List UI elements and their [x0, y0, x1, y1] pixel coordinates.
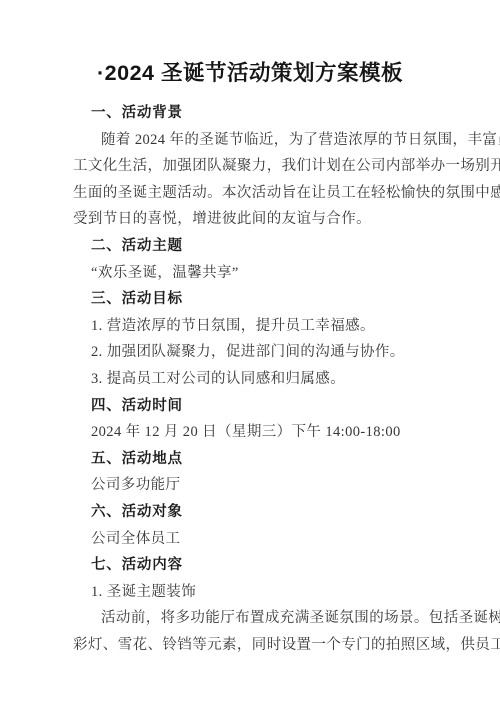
paragraph-line: 受到节日的喜悦，增进彼此间的友谊与合作。	[73, 206, 460, 233]
section-heading-theme: 二、活动主题	[73, 233, 460, 260]
document-body: 一、活动背景 随着 2024 年的圣诞节临近，为了营造浓厚的节日氛围，丰富员 工…	[0, 100, 500, 658]
section-heading-background: 一、活动背景	[73, 100, 460, 127]
document-title: ·2024 圣诞节活动策划方案模板	[0, 0, 500, 88]
section-heading-audience: 六、活动对象	[73, 499, 460, 526]
paragraph-line: 彩灯、雪花、铃铛等元素，同时设置一个专门的拍照区域，供员工	[73, 632, 460, 659]
paragraph-line: 生面的圣诞主题活动。本次活动旨在让员工在轻松愉快的氛围中感	[73, 180, 460, 207]
paragraph-line: 工文化生活，加强团队凝聚力，我们计划在公司内部举办一场别开	[73, 153, 460, 180]
venue-line: 公司多功能厅	[73, 472, 460, 499]
goal-item: 1. 营造浓厚的节日氛围，提升员工幸福感。	[73, 313, 460, 340]
paragraph-line: 随着 2024 年的圣诞节临近，为了营造浓厚的节日氛围，丰富员	[73, 127, 460, 154]
section-heading-time: 四、活动时间	[73, 393, 460, 420]
goal-item: 3. 提高员工对公司的认同感和归属感。	[73, 366, 460, 393]
theme-line: “欢乐圣诞，温馨共享”	[73, 260, 460, 287]
audience-line: 公司全体员工	[73, 526, 460, 553]
content-item: 1. 圣诞主题装饰	[73, 579, 460, 606]
section-heading-venue: 五、活动地点	[73, 446, 460, 473]
document-page: ·2024 圣诞节活动策划方案模板 一、活动背景 随着 2024 年的圣诞节临近…	[0, 0, 500, 707]
time-line: 2024 年 12 月 20 日（星期三）下午 14:00-18:00	[73, 419, 460, 446]
goal-item: 2. 加强团队凝聚力，促进部门间的沟通与协作。	[73, 339, 460, 366]
paragraph-line: 活动前，将多功能厅布置成充满圣诞氛围的场景。包括圣诞树、	[73, 605, 460, 632]
section-heading-content: 七、活动内容	[73, 552, 460, 579]
section-heading-goals: 三、活动目标	[73, 286, 460, 313]
